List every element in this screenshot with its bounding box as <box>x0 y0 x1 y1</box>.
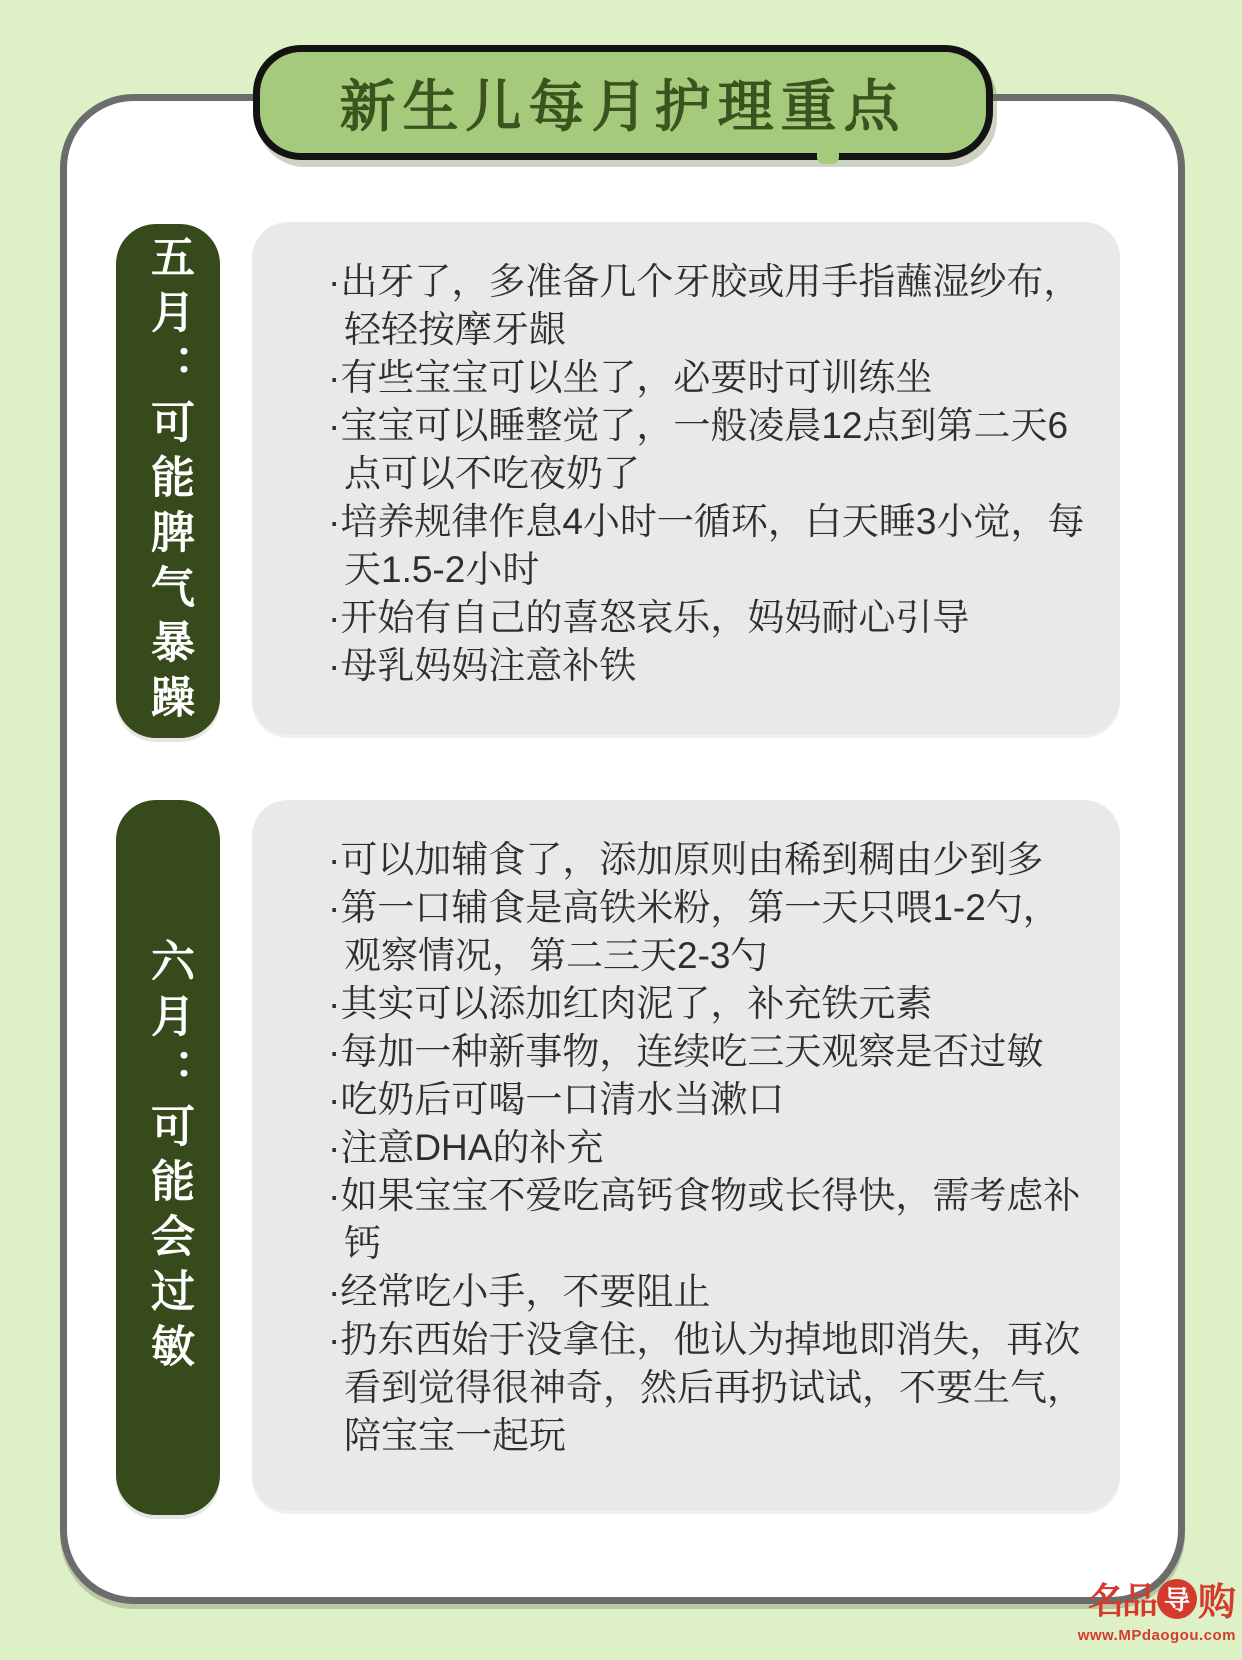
brand-text-left: 名品 <box>1088 1573 1156 1624</box>
page-title: 新生儿每月护理重点 <box>340 63 907 143</box>
brand-url: www.MPdaogou.com <box>1078 1627 1236 1644</box>
care-list-item: ·扔东西始于没拿住，他认为掉地即消失，再次看到觉得很神奇，然后再扔试试，不要生气… <box>328 1316 1090 1460</box>
care-list-item: ·第一口辅食是高铁米粉，第一天只喂1-2勺，观察情况，第二三天2-3勺 <box>328 884 1090 980</box>
brand-row: 名品 导 购 <box>1078 1571 1236 1626</box>
section-june-label: 六月：可能会过敏 <box>146 938 190 1378</box>
brand-text-right: 购 <box>1198 1571 1236 1626</box>
care-list-item: ·经常吃小手，不要阻止 <box>328 1268 1090 1316</box>
section-may-pill: 五月：可能脾气暴躁 <box>116 224 220 738</box>
care-list-item: ·宝宝可以睡整觉了，一般凌晨12点到第二天6点可以不吃夜奶了 <box>328 402 1090 498</box>
care-list-item: ·吃奶后可喝一口清水当漱口 <box>328 1076 1090 1124</box>
care-list-item: ·培养规律作息4小时一循环，白天睡3小觉，每天1.5-2小时 <box>328 498 1090 594</box>
may-care-list: ·出牙了，多准备几个牙胶或用手指蘸湿纱布，轻轻按摩牙龈·有些宝宝可以坐了，必要时… <box>328 258 1090 690</box>
section-may-panel: ·出牙了，多准备几个牙胶或用手指蘸湿纱布，轻轻按摩牙龈·有些宝宝可以坐了，必要时… <box>252 222 1120 735</box>
care-list-item: ·如果宝宝不爱吃高钙食物或长得快，需考虑补钙 <box>328 1172 1090 1268</box>
care-list-item: ·每加一种新事物，连续吃三天观察是否过敏 <box>328 1028 1090 1076</box>
brand-circle-icon: 导 <box>1157 1579 1197 1619</box>
care-list-item: ·出牙了，多准备几个牙胶或用手指蘸湿纱布，轻轻按摩牙龈 <box>328 258 1090 354</box>
care-list-item: ·注意DHA的补充 <box>328 1124 1090 1172</box>
care-list-item: ·开始有自己的喜怒哀乐，妈妈耐心引导 <box>328 594 1090 642</box>
section-june-pill: 六月：可能会过敏 <box>116 800 220 1515</box>
care-list-item: ·母乳妈妈注意补铁 <box>328 642 1090 690</box>
care-list-item: ·其实可以添加红肉泥了，补充铁元素 <box>328 980 1090 1028</box>
care-list-item: ·可以加辅食了，添加原则由稀到稠由少到多 <box>328 836 1090 884</box>
watermark-logo: 名品 导 购 www.MPdaogou.com <box>1078 1571 1236 1644</box>
banner-notch <box>817 148 839 164</box>
section-june-panel: ·可以加辅食了，添加原则由稀到稠由少到多·第一口辅食是高铁米粉，第一天只喂1-2… <box>252 800 1120 1511</box>
care-list-item: ·有些宝宝可以坐了，必要时可训练坐 <box>328 354 1090 402</box>
page-background: { "banner": { "title": "新生儿每月护理重点" }, "l… <box>0 0 1242 1660</box>
section-may-label: 五月：可能脾气暴躁 <box>146 234 190 729</box>
title-banner: 新生儿每月护理重点 <box>253 45 993 160</box>
june-care-list: ·可以加辅食了，添加原则由稀到稠由少到多·第一口辅食是高铁米粉，第一天只喂1-2… <box>328 836 1090 1460</box>
